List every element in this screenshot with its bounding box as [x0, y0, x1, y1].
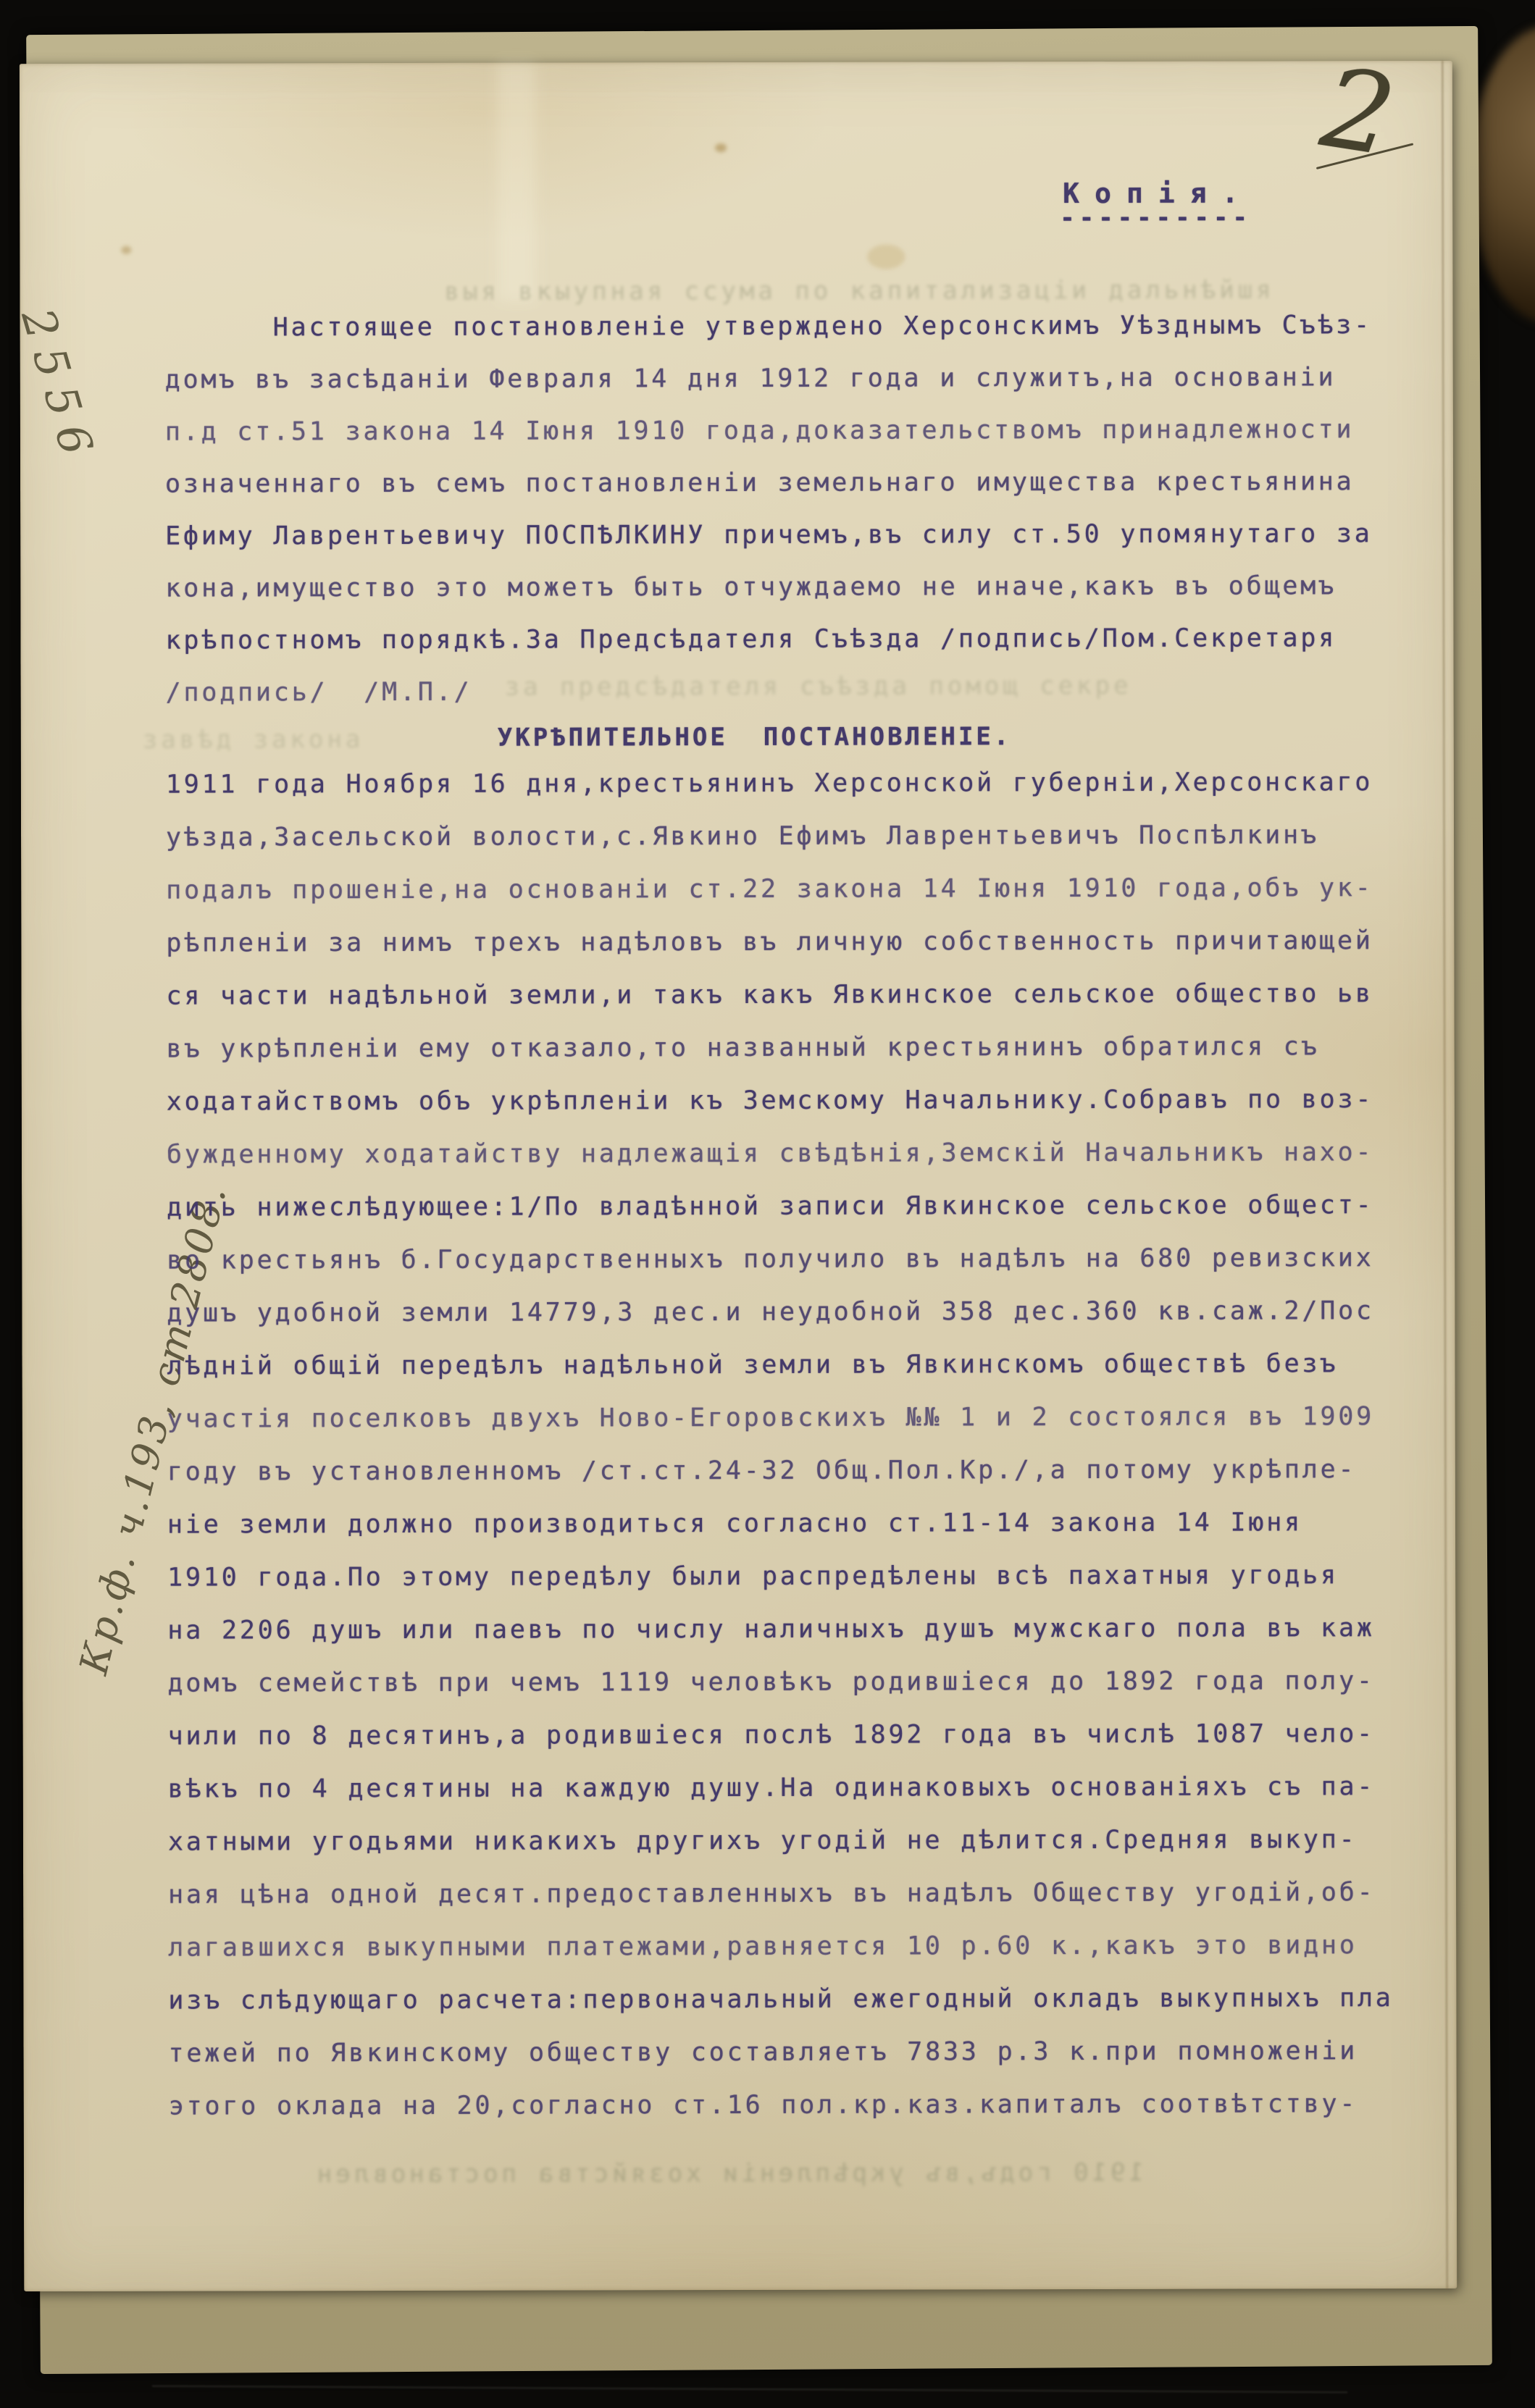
typed-line: лагавшихся выкупными платежами,равняется… [168, 1919, 1400, 1975]
typed-line: кона,имущество это можетъ быть отчуждаем… [165, 560, 1397, 615]
typed-line: 1910 года.По этому передѣлу были распред… [167, 1549, 1399, 1605]
typed-line: чили по 8 десятинъ,а родившіеся послѣ 18… [168, 1708, 1400, 1763]
typed-line: ная цѣна одной десят.предоставленныхъ въ… [168, 1866, 1400, 1922]
typed-line: /подпись/ /М.П./ [166, 664, 1397, 719]
margin-note-top-left: 2556 [11, 303, 106, 471]
typed-line: п.д ст.51 закона 14 Іюня 1910 года,доказ… [165, 403, 1397, 458]
typed-line: ніе земли должно производиться согласно … [167, 1496, 1399, 1552]
typed-line: вѣкъ по 4 десятины на каждую душу.На оди… [168, 1761, 1400, 1816]
typed-line: уѣзда,Засельской волости,с.Явкино Ефимъ … [166, 809, 1397, 865]
backdrop-artifact [152, 2386, 1347, 2394]
typed-line: крѣпостномъ порядкѣ.За Предсѣдателя Съѣз… [165, 612, 1397, 667]
handwritten-page-number: 2 [1314, 43, 1403, 181]
typed-line: домъ въ засѣданіи Февраля 14 дня 1912 го… [165, 351, 1397, 406]
typed-line: душъ удобной земли 14779,3 дес.и неудобн… [167, 1285, 1398, 1341]
paper-stain [121, 246, 131, 254]
typed-line: ся части надѣльной земли,и такъ какъ Явк… [166, 968, 1397, 1023]
typed-line: ходатайствомъ объ укрѣпленіи къ Земскому… [167, 1073, 1398, 1129]
document-heading: УКРѢПИТЕЛЬНОЕ ПОСТАНОВЛЕНІЕ. [498, 722, 1012, 752]
typed-line: означеннаго въ семъ постановленіи земель… [165, 456, 1397, 511]
typed-line: домъ семействѣ при чемъ 1119 человѣкъ ро… [167, 1655, 1399, 1711]
typed-line: лѣдній общій передѣлъ надѣльной земли въ… [167, 1338, 1398, 1393]
typed-line: изъ слѣдующаго расчета:первоначальный еж… [168, 1972, 1400, 2028]
typed-line: въ укрѣпленіи ему отказало,то названный … [167, 1020, 1398, 1076]
bleedthrough-line: завѣд закона [143, 725, 364, 755]
photo-backdrop: выя вкыупная ссума по капитализаціи даль… [0, 0, 1535, 2408]
page-edge-crease [1442, 61, 1448, 2289]
typed-line: дить нижеслѣдующее:1/По владѣнной записи… [167, 1179, 1398, 1235]
typed-line: этого оклада на 20,согласно ст.16 пол.кр… [169, 2078, 1400, 2134]
typed-line: тежей по Явкинскому обществу составляетъ… [168, 2025, 1400, 2081]
typed-line: во крестьянъ б.Государственныхъ получило… [167, 1232, 1398, 1288]
typed-line: хатными угодьями никакихъ другихъ угодій… [168, 1813, 1400, 1869]
paper-streak [498, 63, 536, 302]
typed-line: Настоящее постановленіе утверждено Херсо… [164, 299, 1396, 354]
approval-paragraph: Настоящее постановленіе утверждено Херсо… [164, 299, 1397, 719]
typed-line: году въ установленномъ /ст.ст.24-32 Общ.… [167, 1443, 1399, 1499]
typed-line: бужденному ходатайству надлежащія свѣдѣн… [167, 1126, 1398, 1182]
typed-line: рѣпленіи за нимъ трехъ надѣловъ въ личну… [166, 915, 1397, 970]
paper-stain [715, 143, 727, 152]
resolution-paragraph: 1911 года Ноября 16 дня,крестьянинъ Херс… [166, 756, 1400, 2134]
typed-line: подалъ прошеніе,на основаніи ст.22 закон… [166, 862, 1397, 918]
typed-line: участія поселковъ двухъ Ново-Егоровскихъ… [167, 1390, 1399, 1446]
typed-line: 1911 года Ноября 16 дня,крестьянинъ Херс… [166, 756, 1397, 812]
document-page: выя вкыупная ссума по капитализаціи даль… [20, 61, 1457, 2291]
paper-stain [867, 245, 905, 269]
typed-line: на 2206 душъ или паевъ по числу наличных… [167, 1602, 1399, 1658]
bleedthrough-line: 1910 годъ,въ укрѣпленіи хозяйства постан… [314, 2158, 1144, 2189]
copy-label-underline: ---------- [1060, 204, 1252, 233]
typed-line: Ефиму Лаврентьевичу ПОСПѢЛКИНУ причемъ,в… [165, 508, 1397, 563]
